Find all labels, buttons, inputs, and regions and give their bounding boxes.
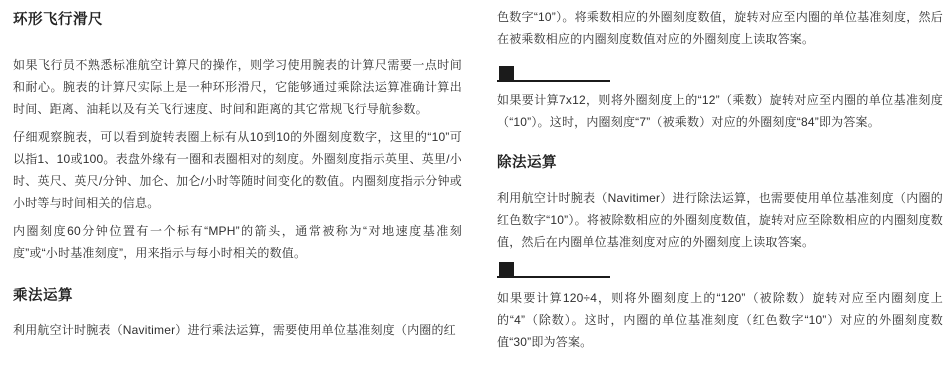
missing-image-marker-multiplication: [497, 66, 610, 82]
paragraph-division-example: 如果要计算120÷4，则将外圈刻度上的“120”（被除数）旋转对应至内圈刻度上的…: [497, 287, 943, 353]
left-column: 环形飞行滑尺 如果飞行员不熟悉标准航空计算尺的操作，则学习使用腕表的计算尺需要一…: [13, 6, 462, 374]
paragraph-multiplication-intro-start: 利用航空计时腕表（Navitimer）进行乘法运算，需要使用单位基准刻度（内圈的…: [13, 319, 462, 341]
image-placeholder-icon: [499, 262, 514, 276]
paragraph-slide-rule-intro: 如果飞行员不熟悉标准航空计算尺的操作，则学习使用腕表的计算尺需要一点时间和耐心。…: [13, 54, 462, 120]
paragraph-multiplication-example: 如果要计算7x12，则将外圈刻度上的“12”（乘数）旋转对应至内圈的单位基准刻度…: [497, 89, 943, 133]
paragraph-mph-reference: 内圈刻度60分钟位置有一个标有“MPH”的箭头，通常被称为“对地速度基准刻度”或…: [13, 220, 462, 264]
image-placeholder-icon: [499, 66, 514, 80]
section-heading-multiplication: 乘法运算: [13, 286, 462, 306]
paragraph-division-intro: 利用航空计时腕表（Navitimer）进行除法运算，也需要使用单位基准刻度（内圈…: [497, 187, 943, 253]
section-heading-division: 除法运算: [497, 153, 943, 173]
section-heading-circular-slide-rule: 环形飞行滑尺: [13, 10, 462, 30]
missing-image-marker-division: [497, 262, 610, 278]
document-page: 环形飞行滑尺 如果飞行员不熟悉标准航空计算尺的操作，则学习使用腕表的计算尺需要一…: [0, 0, 950, 374]
right-column: 色数字“10”）。将乘数相应的外圈刻度数值，旋转对应至内圈的单位基准刻度，然后在…: [497, 6, 943, 374]
paragraph-multiplication-intro-continued: 色数字“10”）。将乘数相应的外圈刻度数值，旋转对应至内圈的单位基准刻度，然后在…: [497, 6, 943, 50]
paragraph-bezel-scales: 仔细观察腕表，可以看到旋转表圈上标有从10到10的外圈刻度数字，这里的“10”可…: [13, 126, 462, 214]
